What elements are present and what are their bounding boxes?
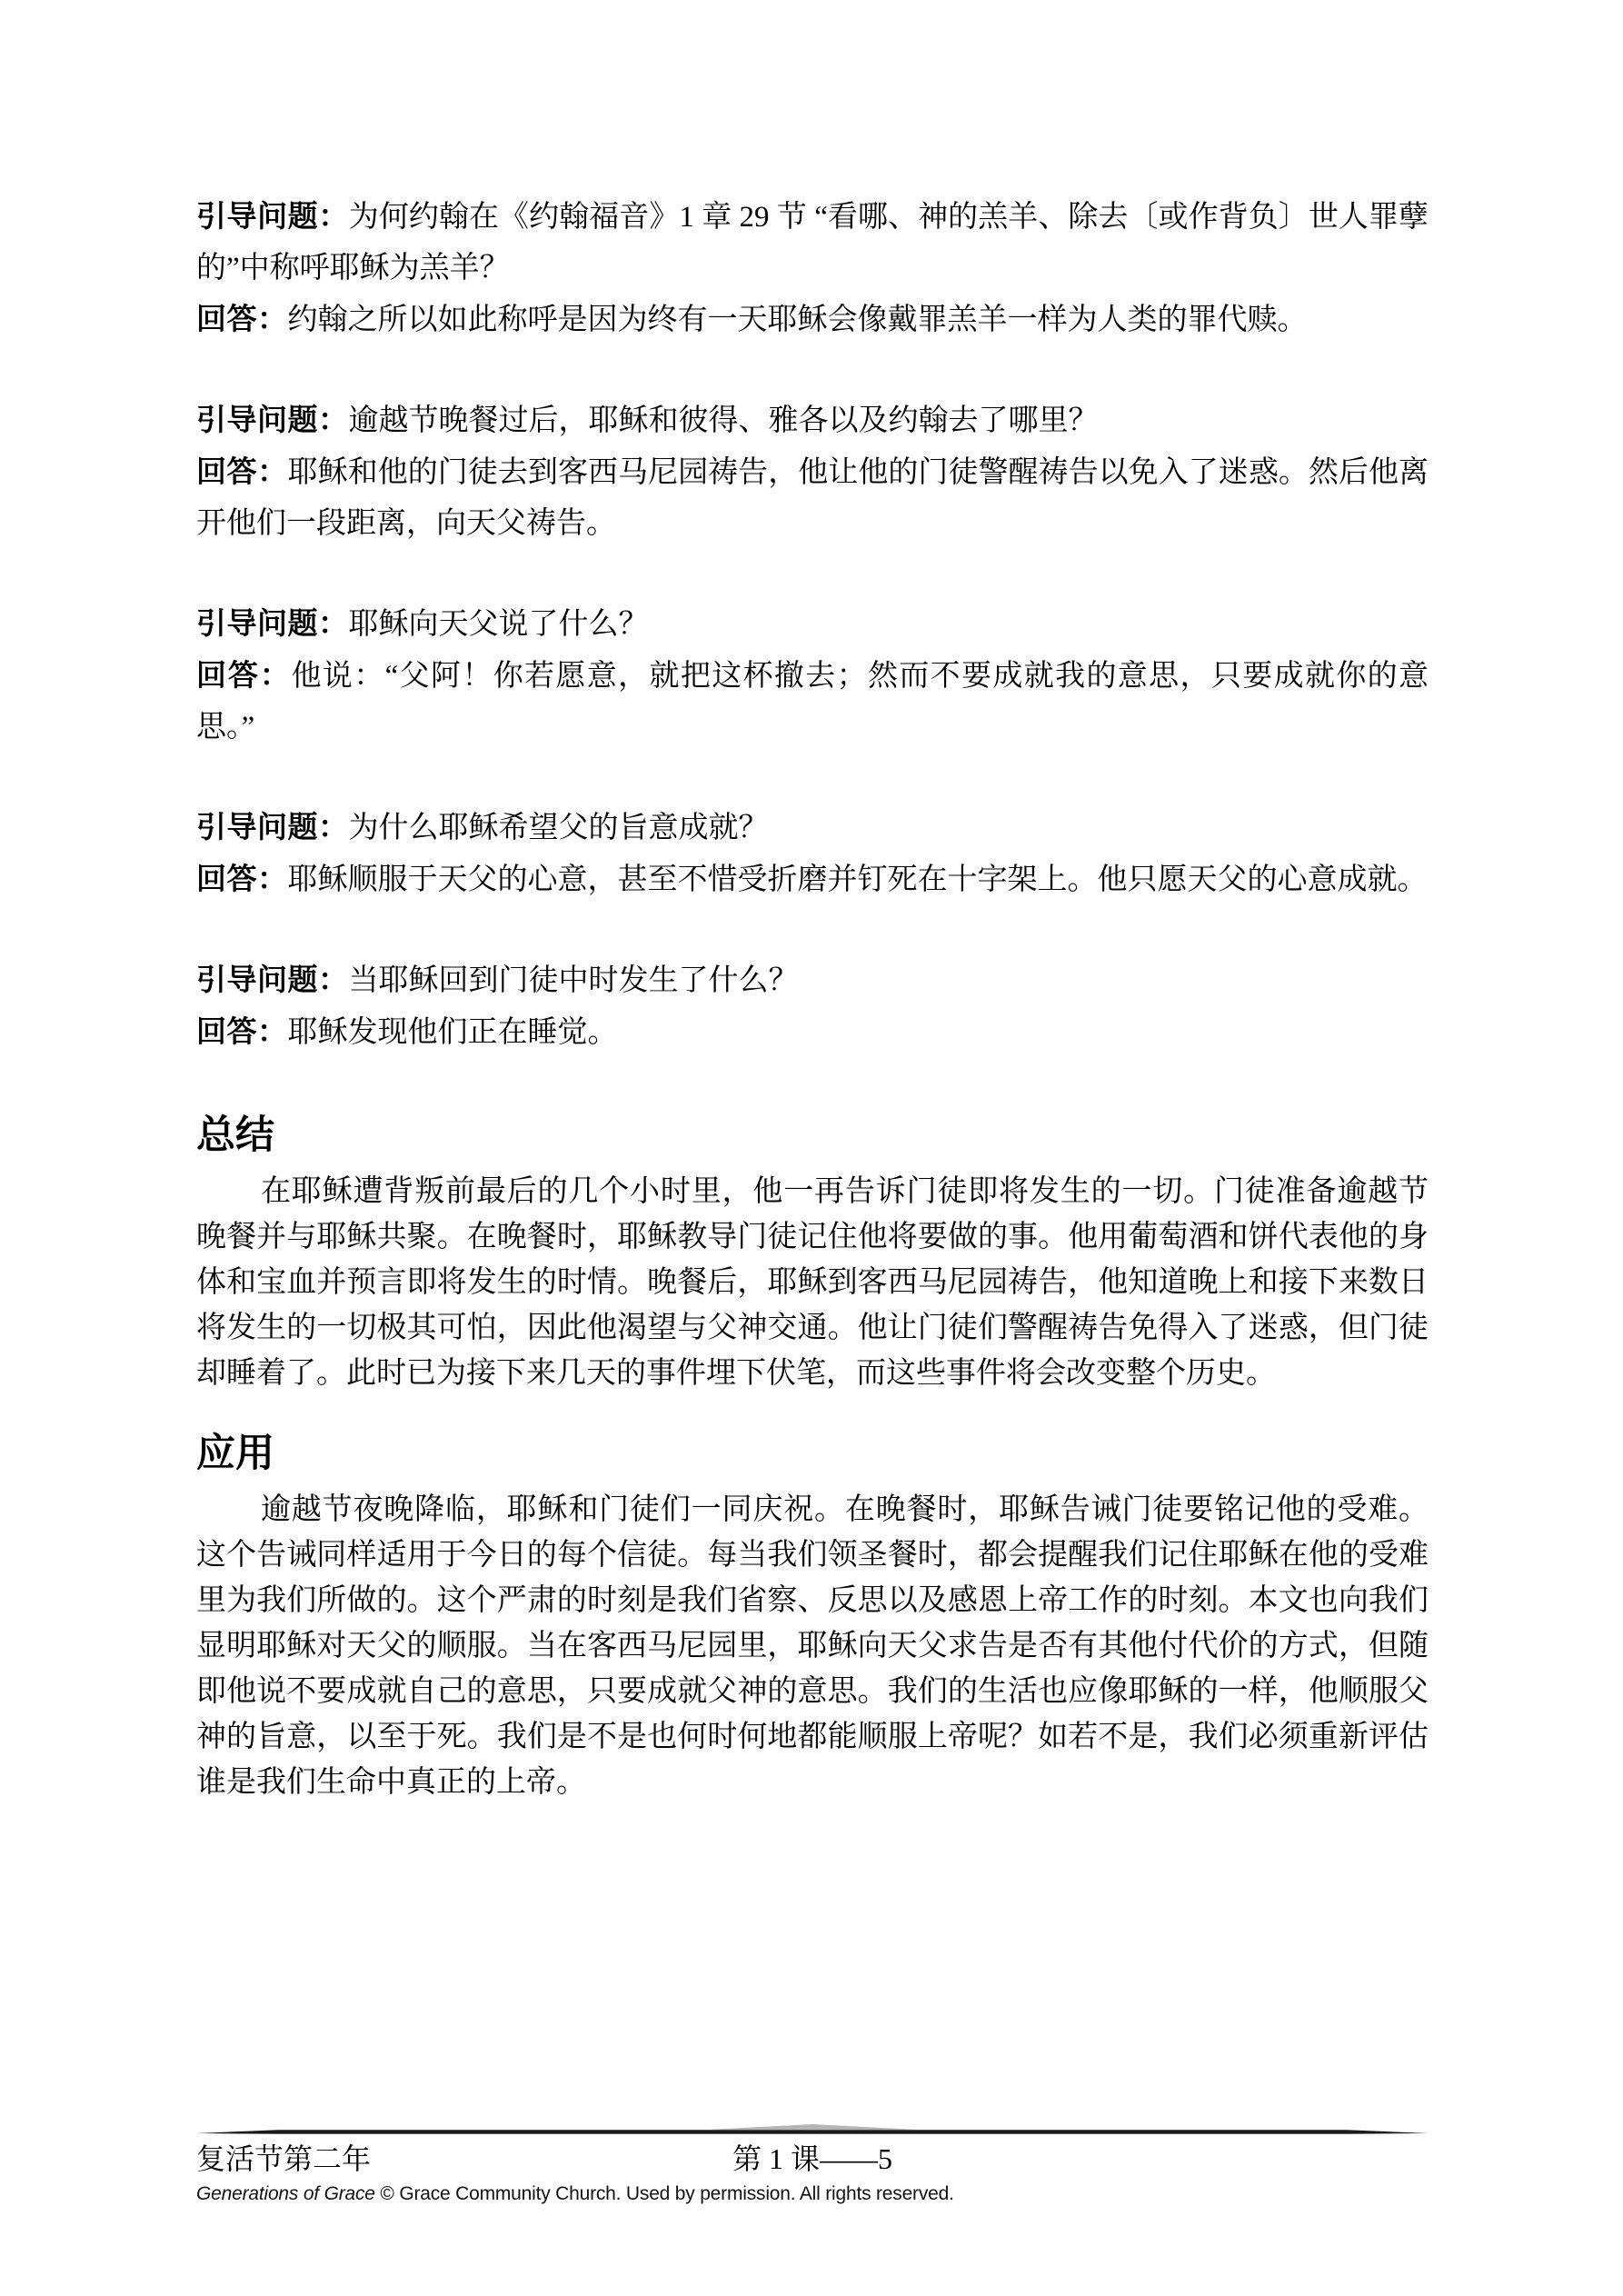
footer-row: 复活节第二年 第 1 课——5 <box>196 2138 1429 2180</box>
qa-pair: 引导问题：逾越节晚餐过后，耶稣和彼得、雅各以及约翰去了哪里？ 回答：耶稣和他的门… <box>196 394 1429 549</box>
footer-copyright: Generations of Grace © Grace Community C… <box>196 2182 1429 2206</box>
question-label: 引导问题： <box>196 606 349 640</box>
question-paragraph: 引导问题：当耶稣回到门徒中时发生了什么？ <box>196 954 1429 1006</box>
answer-text: 约翰之所以如此称呼是因为终有一天耶稣会像戴罪羔羊一样为人类的罪代赎。 <box>288 304 1308 336</box>
summary-heading: 总结 <box>196 1111 1429 1160</box>
question-text: 当耶稣回到门徒中时发生了什么？ <box>349 964 799 997</box>
answer-text: 耶稣顺服于天父的心意，甚至不惜受折磨并钉死在十字架上。他只愿天父的心意成就。 <box>288 863 1428 896</box>
document-page: 引导问题：为何约翰在《约翰福音》1 章 29 节 “看哪、神的羔羊、除去〔或作背… <box>0 0 1623 2296</box>
answer-text: 耶稣发现他们正在睡觉。 <box>288 1016 618 1049</box>
application-heading: 应用 <box>196 1429 1429 1478</box>
page-content: 引导问题：为何约翰在《约翰福音》1 章 29 节 “看哪、神的羔羊、除去〔或作背… <box>196 191 1429 1805</box>
question-text: 逾越节晚餐过后，耶稣和彼得、雅各以及约翰去了哪里？ <box>349 404 1099 437</box>
question-text: 为什么耶稣希望父的旨意成就？ <box>349 812 769 844</box>
qa-pair: 引导问题：为何约翰在《约翰福音》1 章 29 节 “看哪、神的羔羊、除去〔或作背… <box>196 191 1429 345</box>
answer-label: 回答： <box>196 1014 288 1048</box>
question-paragraph: 引导问题：为何约翰在《约翰福音》1 章 29 节 “看哪、神的羔羊、除去〔或作背… <box>196 191 1429 294</box>
footer-copyright-text: © Grace Community Church. Used by permis… <box>375 2183 954 2204</box>
qa-pair: 引导问题：耶稣向天父说了什么？ 回答：他说：“父阿！你若愿意，就把这杯撤去；然而… <box>196 598 1429 753</box>
answer-text: 他说：“父阿！你若愿意，就把这杯撤去；然而不要成就我的意思，只要成就你的意思。” <box>196 660 1429 744</box>
answer-label: 回答： <box>196 454 288 488</box>
question-paragraph: 引导问题：逾越节晚餐过后，耶稣和彼得、雅各以及约翰去了哪里？ <box>196 394 1429 446</box>
answer-paragraph: 回答：他说：“父阿！你若愿意，就把这杯撤去；然而不要成就我的意思，只要成就你的意… <box>196 650 1429 753</box>
question-paragraph: 引导问题：为什么耶稣希望父的旨意成就？ <box>196 802 1429 854</box>
question-label: 引导问题： <box>196 199 349 233</box>
answer-label: 回答： <box>196 658 292 692</box>
qa-pair: 引导问题：为什么耶稣希望父的旨意成就？ 回答：耶稣顺服于天父的心意，甚至不惜受折… <box>196 802 1429 905</box>
question-label: 引导问题： <box>196 963 349 996</box>
question-label: 引导问题： <box>196 810 349 844</box>
answer-label: 回答： <box>196 302 288 335</box>
answer-paragraph: 回答：耶稣发现他们正在睡觉。 <box>196 1006 1429 1058</box>
answer-label: 回答： <box>196 862 288 895</box>
question-label: 引导问题： <box>196 403 349 436</box>
qa-pair: 引导问题：当耶稣回到门徒中时发生了什么？ 回答：耶稣发现他们正在睡觉。 <box>196 954 1429 1058</box>
page-footer: 复活节第二年 第 1 课——5 Generations of Grace © G… <box>196 2123 1429 2206</box>
footer-divider-line <box>196 2123 1429 2136</box>
application-paragraph: 逾越节夜晚降临，耶稣和门徒们一同庆祝。在晚餐时，耶稣告诫门徒要铭记他的受难。这个… <box>196 1487 1429 1805</box>
footer-series-title: 复活节第二年 <box>196 2138 371 2180</box>
question-paragraph: 引导问题：耶稣向天父说了什么？ <box>196 598 1429 650</box>
answer-text: 耶稣和他的门徒去到客西马尼园祷告，他让他的门徒警醒祷告以免入了迷惑。然后他离开他… <box>196 456 1429 540</box>
answer-paragraph: 回答：耶稣和他的门徒去到客西马尼园祷告，他让他的门徒警醒祷告以免入了迷惑。然后他… <box>196 446 1429 549</box>
footer-copyright-series: Generations of Grace <box>196 2183 375 2204</box>
question-text: 耶稣向天父说了什么？ <box>349 608 649 641</box>
summary-paragraph: 在耶稣遭背叛前最后的几个小时里，他一再告诉门徒即将发生的一切。门徒准备逾越节晚餐… <box>196 1169 1429 1396</box>
answer-paragraph: 回答：约翰之所以如此称呼是因为终有一天耶稣会像戴罪羔羊一样为人类的罪代赎。 <box>196 294 1429 345</box>
question-text: 为何约翰在《约翰福音》1 章 29 节 “看哪、神的羔羊、除去〔或作背负〕世人罪… <box>196 201 1429 285</box>
footer-page-number: 第 1 课——5 <box>732 2138 892 2180</box>
answer-paragraph: 回答：耶稣顺服于天父的心意，甚至不惜受折磨并钉死在十字架上。他只愿天父的心意成就… <box>196 854 1429 905</box>
